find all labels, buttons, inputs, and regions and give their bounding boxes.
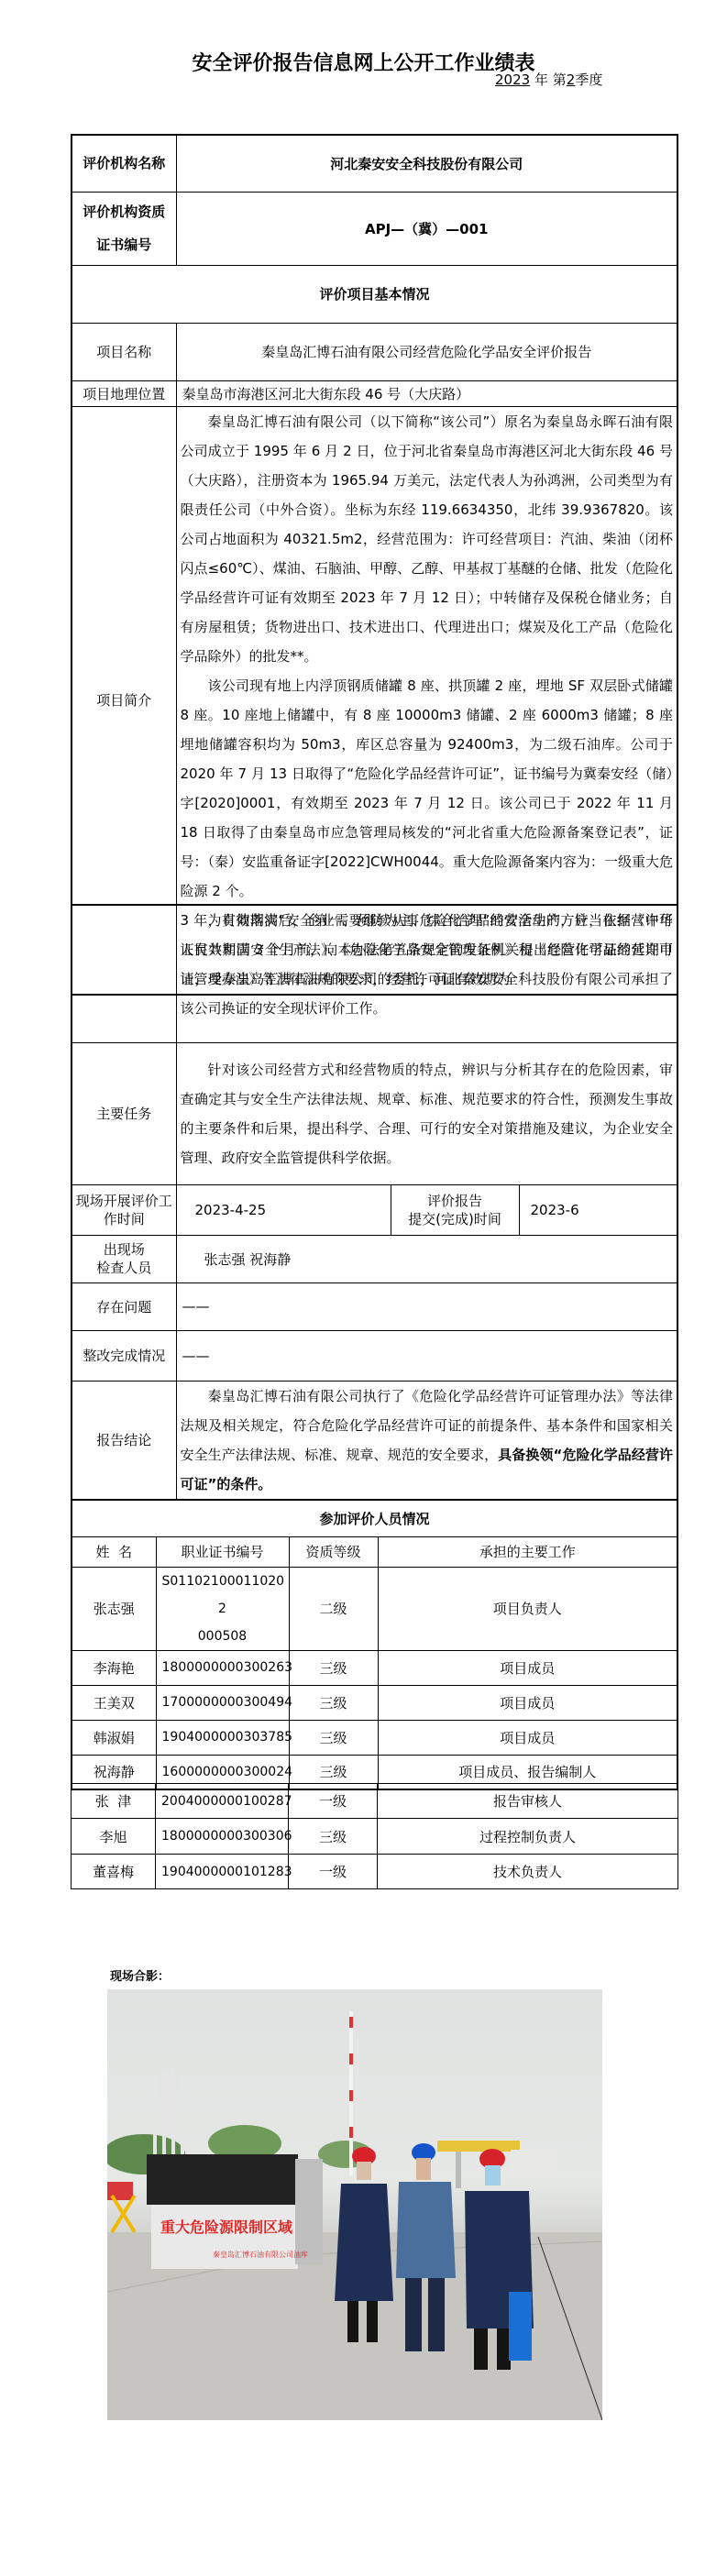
staff-cert: 1904000000303785	[156, 1720, 289, 1755]
col-header-role: 承担的主要工作	[378, 1536, 677, 1567]
reviewer-role: 技术负责人	[378, 1855, 678, 1889]
reviewer-level: 三级	[289, 1819, 378, 1855]
conclusion-label: 报告结论	[72, 1381, 176, 1500]
col-header-level: 资质等级	[289, 1536, 378, 1567]
agency-name-label: 评价机构名称	[72, 135, 176, 192]
staff-cert: 1800000000300263	[156, 1650, 289, 1685]
year-suffix: 年	[534, 72, 548, 88]
staff-level: 三级	[289, 1685, 378, 1720]
col-header-name: 姓 名	[72, 1536, 156, 1567]
project-location-label: 项目地理位置	[72, 380, 176, 406]
table-row: 李海艳 1800000000300263 三级 项目成员	[72, 1650, 677, 1685]
quarter-prefix: 第	[553, 72, 567, 88]
reviewers-table: 张 津 2004000000100287 一级 报告审核人 李旭 1800000…	[71, 1783, 678, 1889]
rectify-label: 整改完成情况	[72, 1330, 176, 1381]
table-row: 李旭 1800000000300306 三级 过程控制负责人	[72, 1819, 678, 1855]
task-cell: 针对该公司经营方式和经营物质的特点，辨识与分析其存在的危险因素，审查确定其与安全…	[176, 1042, 677, 1184]
staff-name: 张志强	[72, 1567, 156, 1650]
inspectors: 张志强 祝海静	[176, 1235, 677, 1282]
staff-name: 李海艳	[72, 1650, 156, 1685]
reviewer-cert: 1800000000300306	[156, 1819, 289, 1855]
staff-role: 项目成员	[378, 1685, 677, 1720]
project-section-title: 评价项目基本情况	[72, 265, 677, 323]
staff-level: 二级	[289, 1567, 378, 1650]
info-table-part2: 3 年，有效期满后，企业需要继续从事危险化学品经营活动的，应当在经营许可证有效期…	[71, 904, 678, 1501]
table-row: 韩淑娟 1904000000303785 三级 项目成员	[72, 1720, 677, 1755]
table-row: 张志强 S01102100011020​2000508 二级 项目负责人	[72, 1567, 677, 1650]
staff-level: 三级	[289, 1650, 378, 1685]
inspectors-label-line2: 检查人员	[78, 1259, 171, 1277]
table-row: 王美双 1700000000300494 三级 项目成员	[72, 1685, 677, 1720]
submit-time-label: 评价报告 提交(完成)时间	[391, 1184, 519, 1235]
submit-time: 2023-6	[519, 1184, 677, 1235]
reviewer-name: 李旭	[72, 1819, 156, 1855]
inspectors-label: 出现场 检查人员	[72, 1235, 176, 1282]
project-location: 秦皇岛市海港区河北大街东段 46 号（大庆路）	[176, 380, 677, 406]
reviewer-level: 一级	[289, 1784, 378, 1819]
sign-main-text: 重大危险源限制区域	[160, 2218, 293, 2236]
staff-cert: S01102100011020​2000508	[156, 1567, 289, 1650]
period-year: 2023	[495, 72, 530, 88]
reviewer-cert: 1904000000101283	[156, 1855, 289, 1889]
project-name: 秦皇岛汇博石油有限公司经营危险化学品安全评价报告	[176, 323, 677, 380]
agency-name: 河北秦安安全科技股份有限公司	[176, 135, 677, 192]
staff-role: 项目负责人	[378, 1567, 677, 1650]
intro-continued-label	[72, 905, 176, 1042]
staff-table: 参加评价人员情况 姓 名 职业证书编号 资质等级 承担的主要工作 张志强 S01…	[71, 1499, 678, 1790]
reviewer-name: 董喜梅	[72, 1855, 156, 1889]
reviewer-role: 报告审核人	[378, 1784, 678, 1819]
site-time-label: 现场开展评价工作时间	[72, 1184, 176, 1235]
agency-cert: APJ—（冀）—001	[176, 192, 677, 265]
reviewer-name: 张 津	[72, 1784, 156, 1819]
staff-cert: 1700000000300494	[156, 1685, 289, 1720]
task-text: 针对该公司经营方式和经营物质的特点，辨识与分析其存在的危险因素，审查确定其与安全…	[181, 1055, 674, 1172]
period-quarter: 2	[567, 72, 576, 88]
issues: ——	[176, 1282, 677, 1330]
site-photo-illustration: 重大危险源限制区域 秦皇岛汇博石油有限公司油库	[107, 1989, 602, 2420]
col-header-cert: 职业证书编号	[156, 1536, 289, 1567]
intro-continued-cell: 3 年，有效期满后，企业需要继续从事危险化学品经营活动的，应当在经营许可证有效期…	[176, 905, 677, 1042]
table-row: 张 津 2004000000100287 一级 报告审核人	[72, 1784, 678, 1819]
agency-cert-label: 评价机构资质证书编号	[72, 192, 176, 265]
rectify: ——	[176, 1330, 677, 1381]
intro-paragraph-2: 该公司现有地上内浮顶钢质储罐 8 座、拱顶罐 2 座，埋地 SF 双层卧式储罐 …	[181, 671, 674, 906]
staff-name: 韩淑娟	[72, 1720, 156, 1755]
task-label: 主要任务	[72, 1042, 176, 1184]
photo-label: 现场合影：	[110, 1966, 170, 1984]
submit-time-label-line1: 评价报告	[397, 1192, 513, 1210]
issues-label: 存在问题	[72, 1282, 176, 1330]
submit-time-label-line2: 提交(完成)时间	[397, 1210, 513, 1228]
intro-paragraph-3b: 3 年，有效期满后，企业需要继续从事危险化学品经营活动的，应当在经营许可证有效期…	[181, 906, 674, 1023]
report-period: 2023 年 第2季度	[495, 70, 602, 89]
staff-name: 王美双	[72, 1685, 156, 1720]
staff-section-title: 参加评价人员情况	[72, 1500, 677, 1536]
reviewer-cert: 2004000000100287	[156, 1784, 289, 1819]
conclusion-cell: 秦皇岛汇博石油有限公司执行了《危险化学品经营许可证管理办法》等法律法规及相关规定…	[176, 1381, 677, 1500]
quarter-suffix: 季度	[575, 72, 602, 88]
reviewer-role: 过程控制负责人	[378, 1819, 678, 1855]
staff-cert-line2: 000508	[162, 1623, 283, 1650]
inspectors-label-line1: 出现场	[78, 1240, 171, 1259]
table-row: 董喜梅 1904000000101283 一级 技术负责人	[72, 1855, 678, 1889]
site-time: 2023-4-25	[176, 1184, 391, 1235]
staff-role: 项目成员	[378, 1650, 677, 1685]
conclusion-text: 秦皇岛汇博石油有限公司执行了《危险化学品经营许可证管理办法》等法律法规及相关规定…	[181, 1382, 674, 1499]
site-group-photo: 重大危险源限制区域 秦皇岛汇博石油有限公司油库	[107, 1989, 602, 2420]
project-name-label: 项目名称	[72, 323, 176, 380]
page-title: 安全评价报告信息网上公开工作业绩表	[0, 48, 727, 76]
reviewer-level: 一级	[289, 1855, 378, 1889]
sign-sub-text: 秦皇岛汇博石油有限公司油库	[213, 2250, 308, 2259]
info-table-part1: 评价机构名称 河北秦安安全科技股份有限公司 评价机构资质证书编号 APJ—（冀）…	[71, 134, 678, 996]
staff-role: 项目成员	[378, 1720, 677, 1755]
staff-level: 三级	[289, 1720, 378, 1755]
intro-paragraph-1: 秦皇岛汇博石油有限公司（以下简称“该公司”）原名为秦皇岛永晖石油有限公司成立于 …	[181, 407, 674, 671]
